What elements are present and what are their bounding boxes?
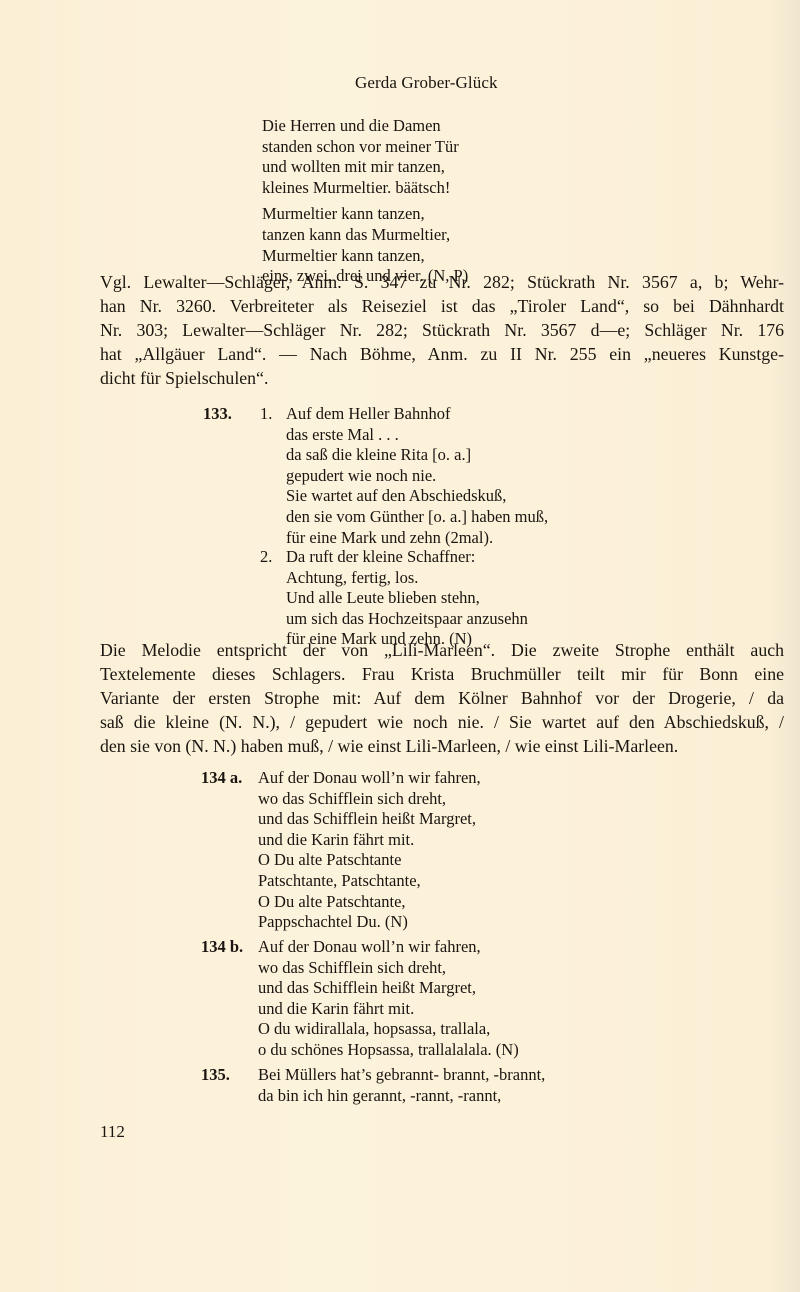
song-number-134a: 134 a. <box>201 768 242 789</box>
verse-line: O Du alte Patschtante, <box>258 892 481 913</box>
verse-line: und die Karin fährt mit. <box>258 830 481 851</box>
prose-line: Variante der ersten Strophe mit: Auf dem… <box>100 686 784 710</box>
verse-line: da bin ich hin gerannt, -rannt, -rannt, <box>258 1086 545 1107</box>
song-135: Bei Müllers hat’s gebrannt- brannt, -bra… <box>258 1065 545 1106</box>
verse-line: Da ruft der kleine Schaffner: <box>286 547 528 568</box>
verse-line: Auf dem Heller Bahnhof <box>286 404 548 425</box>
prose-line: Nr. 303; Lewalter—Schläger Nr. 282; Stüc… <box>100 318 784 342</box>
verse-line: standen schon vor meiner Tür <box>262 137 468 158</box>
verse-line: Murmeltier kann tanzen, <box>262 246 468 267</box>
verse-line: Auf der Donau woll’n wir fahren, <box>258 768 481 789</box>
verse-line: Patschtante, Patschtante, <box>258 871 481 892</box>
verse-number-2: 2. <box>260 547 272 568</box>
commentary-note-2: Die Melodie entspricht der von „Lili-Mar… <box>100 638 784 758</box>
intro-verse: Die Herren und die Damen standen schon v… <box>262 116 468 287</box>
verse-line: Auf der Donau woll’n wir fahren, <box>258 937 519 958</box>
verse-line: o du schönes Hopsassa, trallalalala. (N) <box>258 1040 519 1061</box>
book-page: Gerda Grober-Glück Die Herren und die Da… <box>0 0 800 1292</box>
prose-line: saß die kleine (N. N.), / gepudert wie n… <box>100 710 784 734</box>
verse-line: tanzen kann das Murmeltier, <box>262 225 468 246</box>
page-number: 112 <box>100 1122 125 1142</box>
verse-line: und die Karin fährt mit. <box>258 999 519 1020</box>
song-number-135: 135. <box>201 1065 230 1086</box>
verse-line: O du widirallala, hopsassa, trallala, <box>258 1019 519 1040</box>
verse-line: Murmeltier kann tanzen, <box>262 204 468 225</box>
verse-line: kleines Murmeltier. bäätsch! <box>262 178 468 199</box>
verse-line: Bei Müllers hat’s gebrannt- brannt, -bra… <box>258 1065 545 1086</box>
song-number-134b: 134 b. <box>201 937 243 958</box>
verse-line: O Du alte Patschtante <box>258 850 481 871</box>
running-head: Gerda Grober-Glück <box>355 73 498 93</box>
song-134b: Auf der Donau woll’n wir fahren, wo das … <box>258 937 519 1061</box>
song-133-verse-1: Auf dem Heller Bahnhof das erste Mal . .… <box>286 404 548 548</box>
prose-line: Textelemente dieses Schlagers. Frau Kris… <box>100 662 784 686</box>
verse-line: Die Herren und die Damen <box>262 116 468 137</box>
prose-line: Die Melodie entspricht der von „Lili-Mar… <box>100 638 784 662</box>
verse-line: und das Schifflein heißt Margret, <box>258 978 519 999</box>
prose-line: han Nr. 3260. Verbreiteter als Reiseziel… <box>100 294 784 318</box>
verse-line: wo das Schifflein sich dreht, <box>258 958 519 979</box>
verse-line: Achtung, fertig, los. <box>286 568 528 589</box>
verse-line: da saß die kleine Rita [o. a.] <box>286 445 548 466</box>
prose-line: Vgl. Lewalter—Schläger, Anm. S. 347 zu N… <box>100 270 784 294</box>
verse-line: Und alle Leute blieben stehn, <box>286 588 528 609</box>
song-134a: Auf der Donau woll’n wir fahren, wo das … <box>258 768 481 933</box>
verse-line: gepudert wie noch nie. <box>286 466 548 487</box>
verse-line: und wollten mit mir tanzen, <box>262 157 468 178</box>
verse-line: den sie vom Günther [o. a.] haben muß, <box>286 507 548 528</box>
verse-line: und das Schifflein heißt Margret, <box>258 809 481 830</box>
verse-line: für eine Mark und zehn (2mal). <box>286 528 548 549</box>
verse-line: um sich das Hochzeitspaar anzusehn <box>286 609 528 630</box>
commentary-note-1: Vgl. Lewalter—Schläger, Anm. S. 347 zu N… <box>100 270 784 390</box>
verse-number-1: 1. <box>260 404 272 425</box>
verse-line: Pappschachtel Du. (N) <box>258 912 481 933</box>
verse-line: das erste Mal . . . <box>286 425 548 446</box>
prose-line: dicht für Spielschulen“. <box>100 366 784 390</box>
song-133-verse-2: Da ruft der kleine Schaffner: Achtung, f… <box>286 547 528 650</box>
verse-line: Sie wartet auf den Abschiedskuß, <box>286 486 548 507</box>
song-number-133: 133. <box>203 404 232 425</box>
prose-line: den sie von (N. N.) haben muß, / wie ein… <box>100 734 784 758</box>
prose-line: hat „Allgäuer Land“. — Nach Böhme, Anm. … <box>100 342 784 366</box>
verse-line: wo das Schifflein sich dreht, <box>258 789 481 810</box>
